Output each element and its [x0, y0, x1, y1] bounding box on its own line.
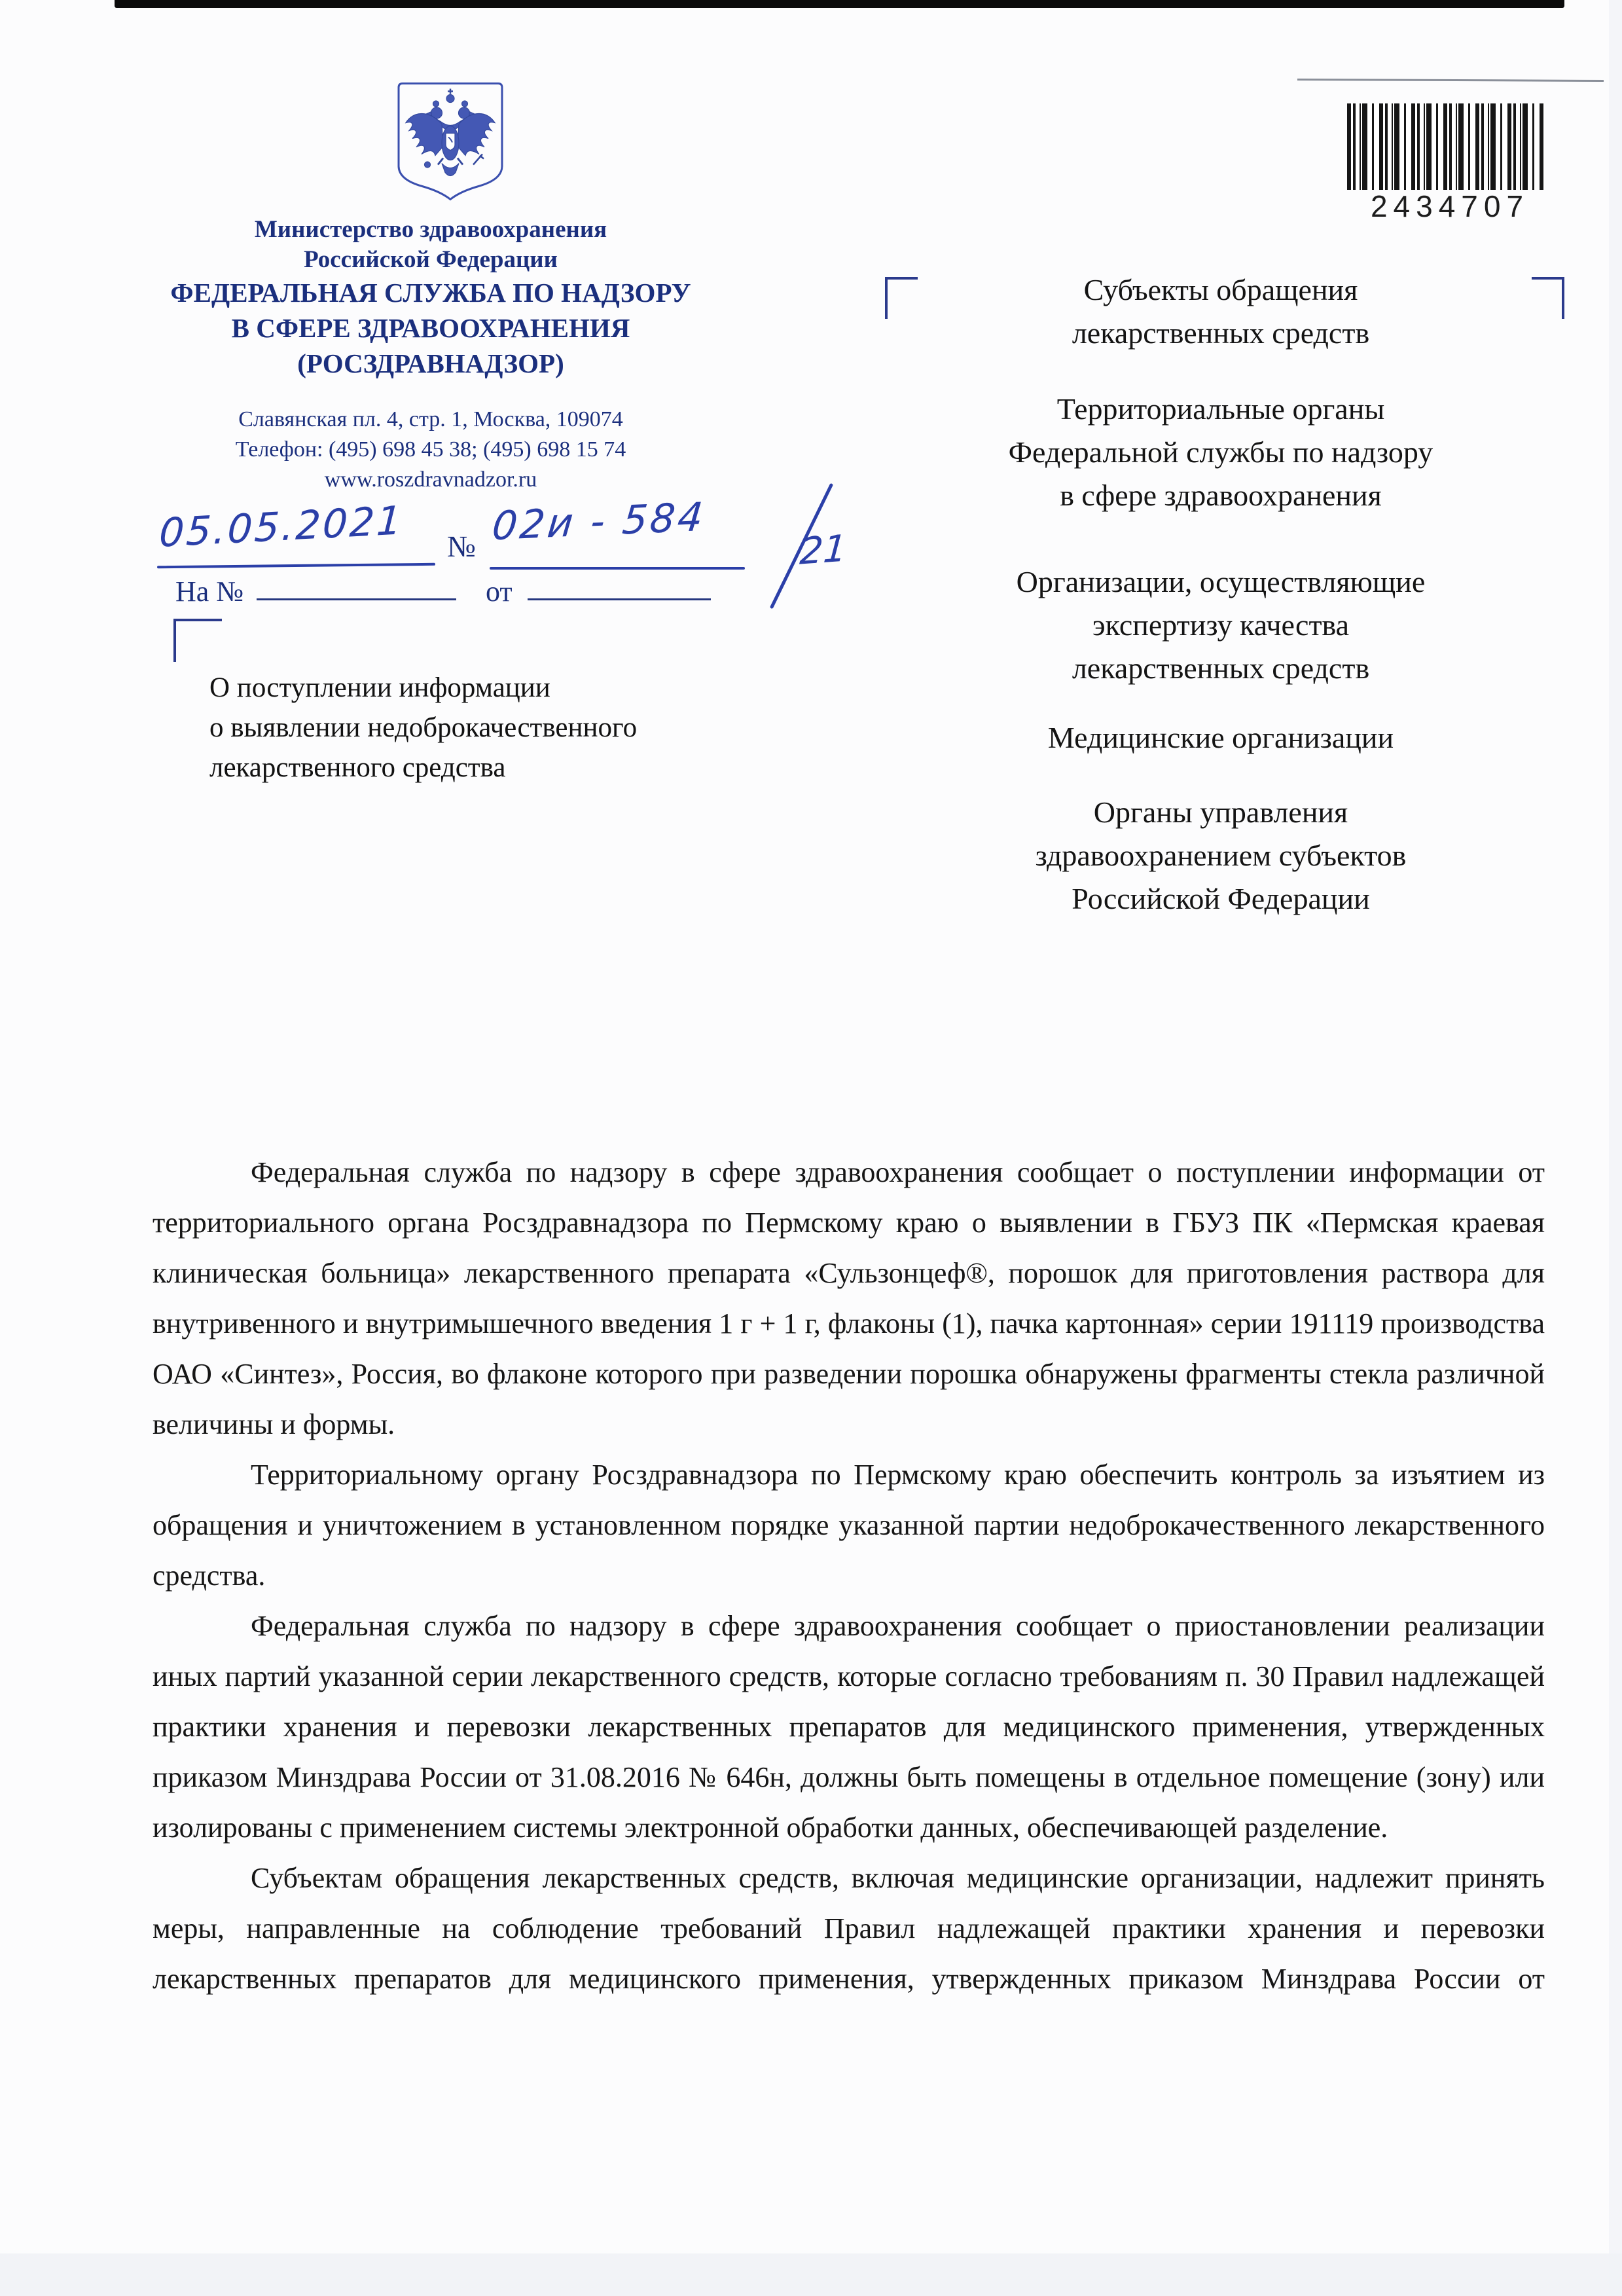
- recipient-line: Субъекты обращения: [871, 268, 1571, 312]
- address-line: Славянская пл. 4, стр. 1, Москва, 109074: [153, 405, 709, 435]
- scan-artifact-right-strip: [1609, 0, 1622, 2296]
- service-line: (РОСЗДРАВНАДЗОР): [139, 346, 722, 381]
- scan-artifact-bottom-strip: [0, 2253, 1622, 2296]
- service-name: ФЕДЕРАЛЬНАЯ СЛУЖБА ПО НАДЗОРУ В СФЕРЕ ЗД…: [139, 275, 722, 381]
- recipient-group: Территориальные органы Федеральной служб…: [871, 388, 1571, 517]
- russia-coat-of-arms-icon: [395, 81, 506, 203]
- scanned-letter-page: 2434707: [0, 0, 1622, 2296]
- service-line: ФЕДЕРАЛЬНАЯ СЛУЖБА ПО НАДЗОРУ: [139, 275, 722, 310]
- address-line: www.roszdravnadzor.ru: [153, 465, 709, 495]
- body-paragraph: Федеральная служба по надзору в сфере зд…: [153, 1601, 1545, 1853]
- barcode-number: 2434707: [1368, 189, 1532, 224]
- body-paragraph: Территориальному органу Росздравнадзора …: [153, 1449, 1545, 1601]
- recipient-line: Федеральной службы по надзору: [871, 431, 1571, 474]
- letter-body: Федеральная служба по надзору в сфере зд…: [153, 1147, 1545, 2004]
- recipient-group: Медицинские организации: [871, 716, 1571, 759]
- recipient-line: здравоохранением субъектов: [871, 834, 1571, 877]
- reply-to-label: На №: [175, 575, 243, 608]
- address-line: Телефон: (495) 698 45 38; (495) 698 15 7…: [153, 435, 709, 465]
- recipient-line: Медицинские организации: [871, 716, 1571, 759]
- recipient-line: лекарственных средств: [871, 312, 1571, 355]
- handwritten-number-suffix: 21: [799, 527, 848, 573]
- barcode: [1347, 103, 1545, 190]
- recipient-line: Территориальные органы: [871, 388, 1571, 431]
- recipient-line: лекарственных средств: [871, 647, 1571, 690]
- recipient-line: экспертизу качества: [871, 604, 1571, 647]
- handwritten-date: 05.05.2021: [158, 498, 405, 556]
- recipient-group: Субъекты обращения лекарственных средств: [871, 268, 1571, 355]
- recipient-group: Органы управления здравоохранением субъе…: [871, 791, 1571, 920]
- service-line: В СФЕРЕ ЗДРАВООХРАНЕНИЯ: [139, 310, 722, 346]
- body-paragraph: Федеральная служба по надзору в сфере зд…: [153, 1147, 1545, 1449]
- recipient-line: в сфере здравоохранения: [871, 474, 1571, 517]
- body-paragraph: Субъектам обращения лекарственных средст…: [153, 1853, 1545, 2004]
- sender-address: Славянская пл. 4, стр. 1, Москва, 109074…: [153, 405, 709, 495]
- subject-line: о выявлении недоброкачественного: [209, 708, 637, 748]
- scan-artifact-top-right-line: [1297, 79, 1604, 82]
- reply-date-underline: [528, 598, 711, 600]
- date-underline: [157, 563, 435, 568]
- reply-number-underline: [257, 598, 456, 600]
- ministry-name: Министерство здравоохранения Российской …: [153, 215, 709, 275]
- recipient-line: Органы управления: [871, 791, 1571, 834]
- subject-line: О поступлении информации: [209, 668, 637, 708]
- ministry-line: Министерство здравоохранения: [153, 215, 709, 245]
- handwritten-number: 02и - 584: [490, 494, 708, 550]
- recipient-line: Российской Федерации: [871, 877, 1571, 920]
- reply-from-label: от: [486, 575, 513, 608]
- recipient-group: Организации, осуществляющие экспертизу к…: [871, 560, 1571, 690]
- number-underline: [490, 567, 745, 570]
- recipient-line: Организации, осуществляющие: [871, 560, 1571, 604]
- ministry-line: Российской Федерации: [153, 245, 709, 275]
- subject-corner-bracket: [173, 619, 222, 662]
- subject-block: О поступлении информации о выявлении нед…: [209, 668, 637, 788]
- subject-line: лекарственного средства: [209, 748, 637, 788]
- number-sign: №: [447, 529, 476, 564]
- scan-artifact-top-band: [115, 0, 1564, 8]
